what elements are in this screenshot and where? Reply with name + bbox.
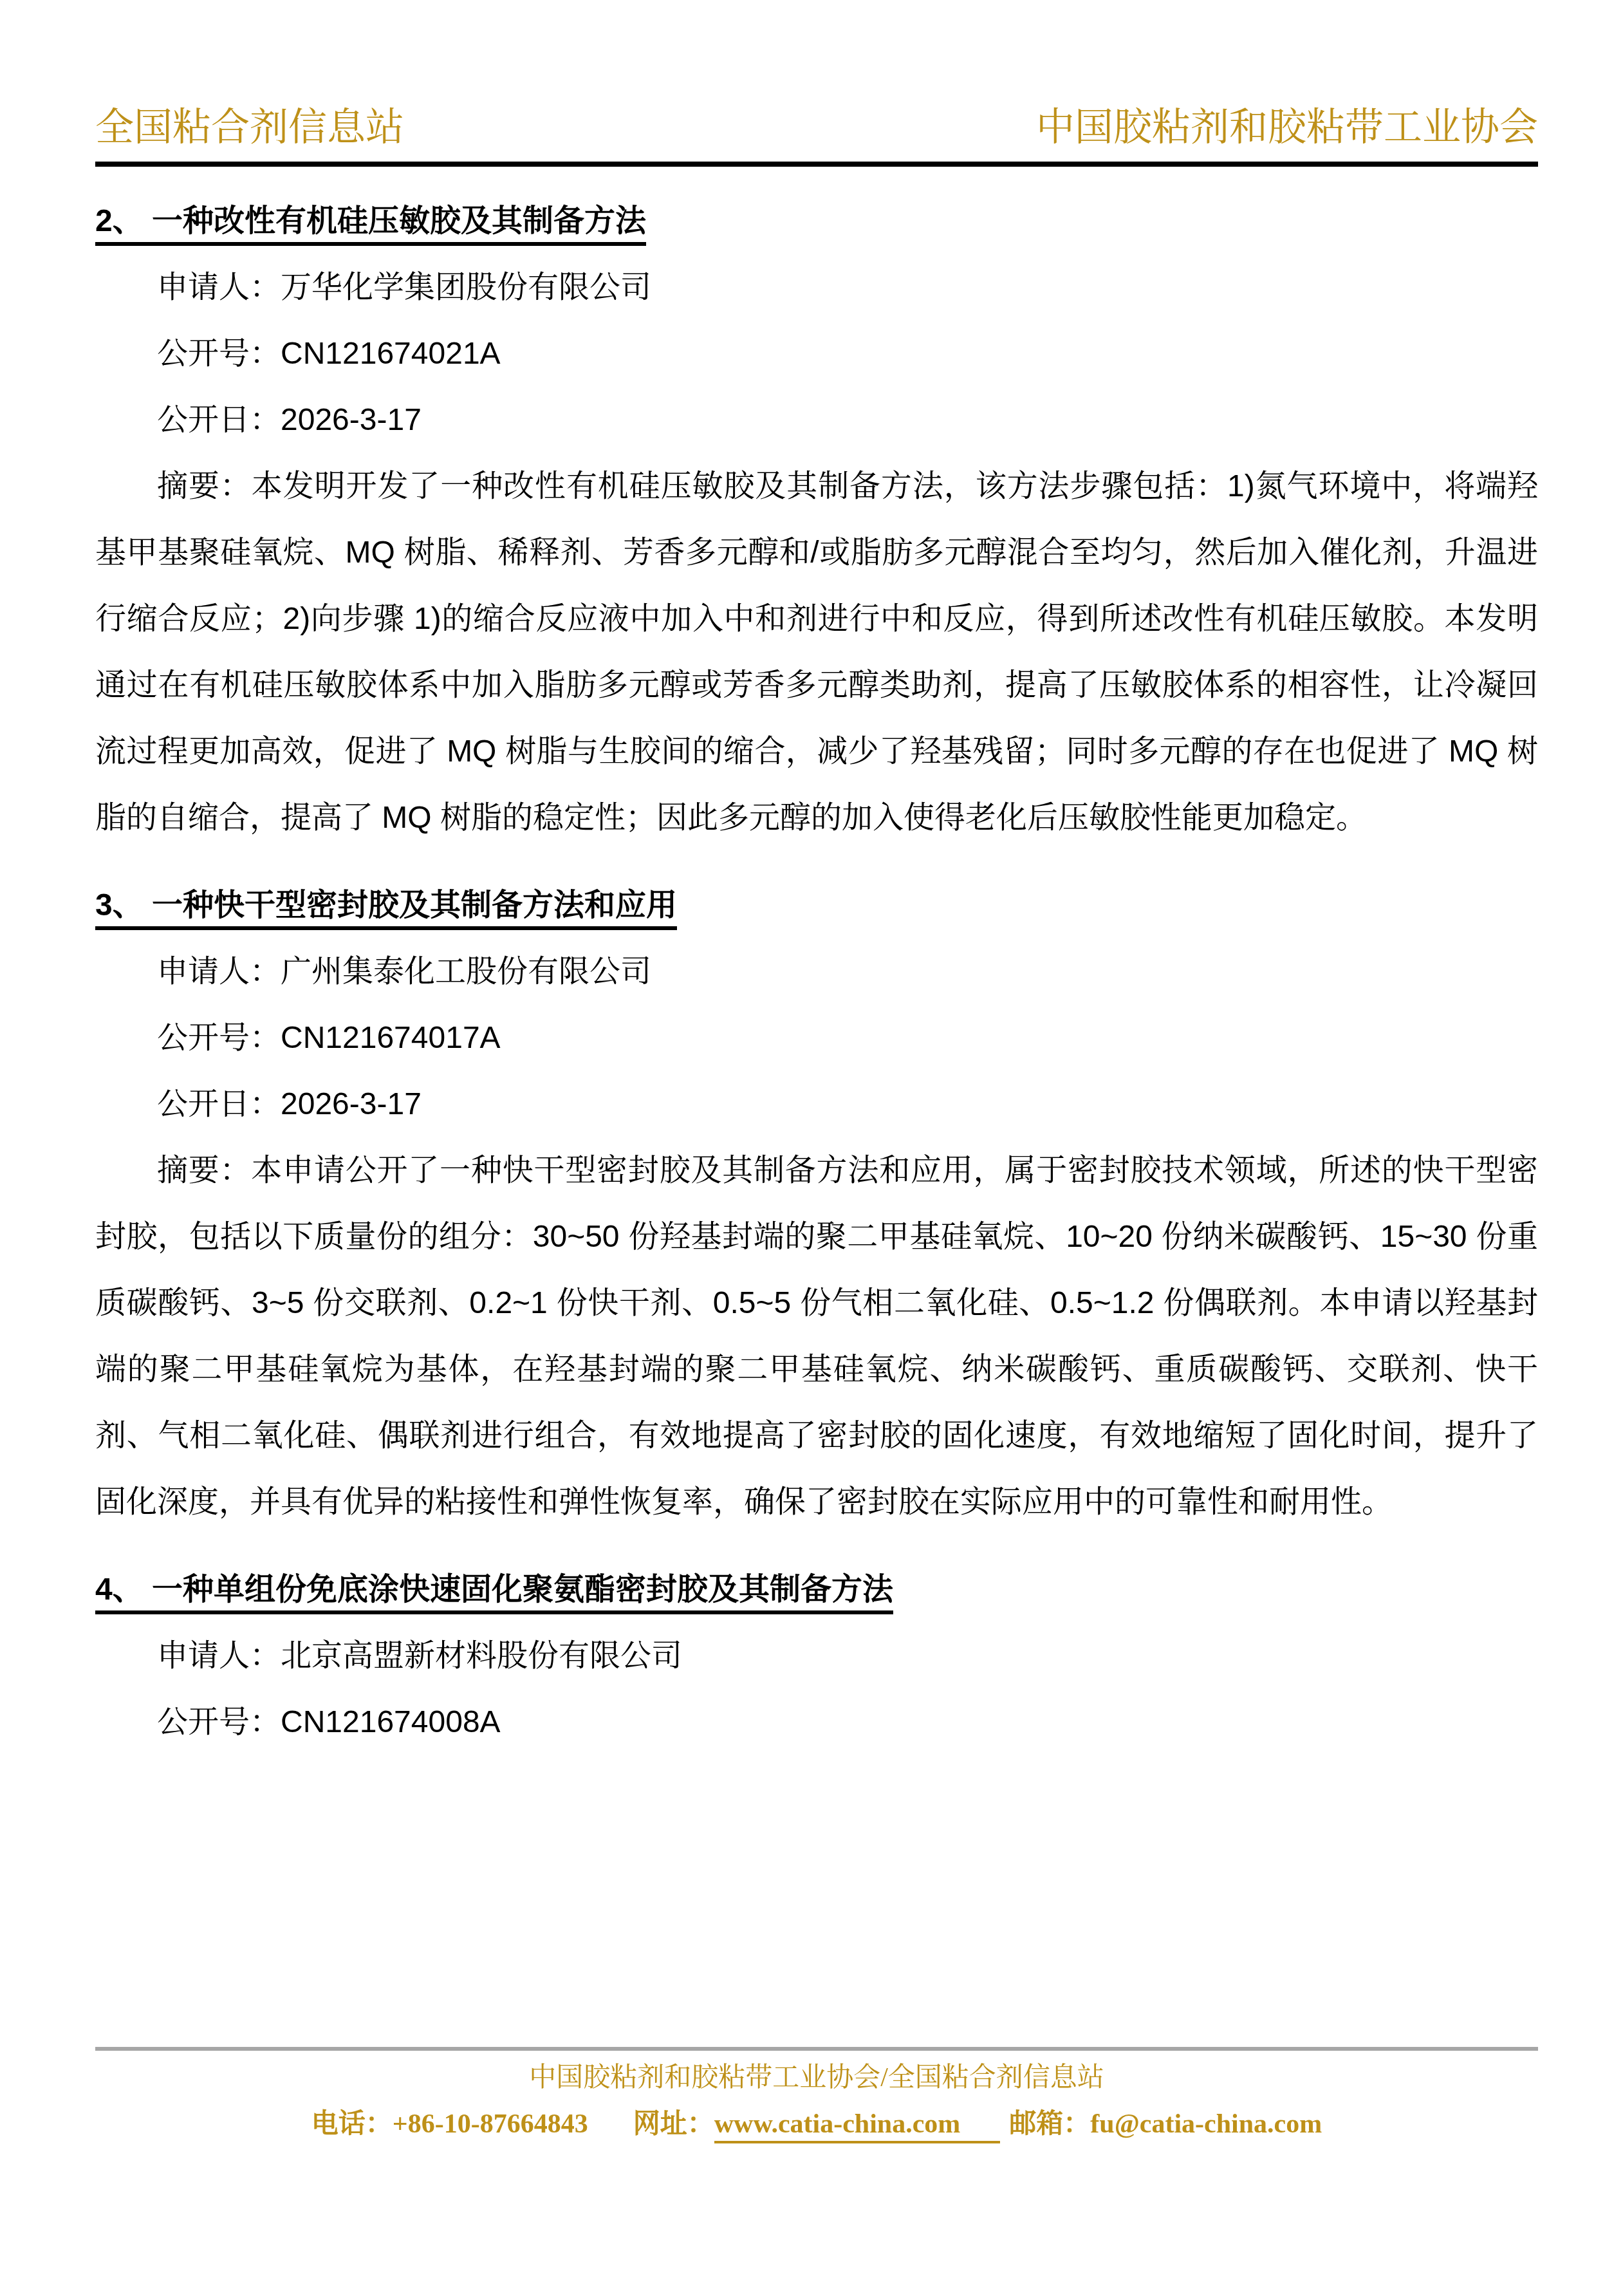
document-body: 2、 一种改性有机硅压敏胶及其制备方法 申请人：万华化学集团股份有限公司 公开号…	[95, 188, 1538, 1755]
footer-website-link[interactable]: www.catia-china.com	[714, 2109, 1001, 2143]
section-4-publication-number: 公开号：CN121674008A	[95, 1689, 1538, 1755]
section-3-applicant: 申请人：广州集泰化工股份有限公司	[95, 938, 1538, 1005]
footer-phone-label: 电话：	[311, 2109, 393, 2139]
page-footer: 中国胶粘剂和胶粘带工业协会/全国粘合剂信息站 电话：+86-10-8766484…	[95, 2047, 1538, 2142]
header-right-title: 中国胶粘剂和胶粘带工业协会	[1036, 100, 1538, 155]
page-header: 全国粘合剂信息站 中国胶粘剂和胶粘带工业协会	[95, 0, 1538, 155]
section-4-heading-text: 4、 一种单组份免底涂快速固化聚氨酯密封胶及其制备方法	[95, 1573, 893, 1614]
section-2-heading-text: 2、 一种改性有机硅压敏胶及其制备方法	[95, 204, 646, 246]
section-2-publication-number: 公开号：CN121674021A	[95, 321, 1538, 387]
section-3-publication-date: 公开日：2026-3-17	[95, 1071, 1538, 1137]
section-4-heading: 4、 一种单组份免底涂快速固化聚氨酯密封胶及其制备方法	[95, 1556, 1538, 1623]
section-2-heading: 2、 一种改性有机硅压敏胶及其制备方法	[95, 188, 1538, 254]
header-left-title: 全国粘合剂信息站	[95, 100, 404, 155]
footer-contact-line: 电话：+86-10-87664843网址：www.catia-china.com…	[95, 2106, 1538, 2142]
document-page: 全国粘合剂信息站 中国胶粘剂和胶粘带工业协会 2、 一种改性有机硅压敏胶及其制备…	[0, 0, 1623, 2296]
section-3-abstract: 摘要：本申请公开了一种快干型密封胶及其制备方法和应用，属于密封胶技术领域，所述的…	[95, 1137, 1538, 1535]
section-3-heading-text: 3、 一种快干型密封胶及其制备方法和应用	[95, 888, 677, 930]
section-3-publication-number: 公开号：CN121674017A	[95, 1005, 1538, 1071]
page-content: 全国粘合剂信息站 中国胶粘剂和胶粘带工业协会 2、 一种改性有机硅压敏胶及其制备…	[0, 0, 1623, 1755]
section-3-heading: 3、 一种快干型密封胶及其制备方法和应用	[95, 872, 1538, 938]
section-4-applicant: 申请人：北京高盟新材料股份有限公司	[95, 1623, 1538, 1689]
section-2-applicant: 申请人：万华化学集团股份有限公司	[95, 254, 1538, 321]
footer-org-line: 中国胶粘剂和胶粘带工业协会/全国粘合剂信息站	[95, 2060, 1538, 2096]
footer-web-label: 网址：	[633, 2109, 714, 2139]
section-2-publication-date: 公开日：2026-3-17	[95, 387, 1538, 453]
footer-divider	[95, 2047, 1538, 2051]
section-2-abstract: 摘要：本发明开发了一种改性有机硅压敏胶及其制备方法，该方法步骤包括：1)氮气环境…	[95, 453, 1538, 851]
header-divider	[95, 162, 1538, 167]
footer-email-value: fu@catia-china.com	[1090, 2109, 1322, 2139]
footer-phone-value: +86-10-87664843	[393, 2109, 588, 2139]
footer-email-label: 邮箱：	[1009, 2109, 1090, 2139]
footer-website-url[interactable]: www.catia-china.com	[714, 2109, 961, 2139]
